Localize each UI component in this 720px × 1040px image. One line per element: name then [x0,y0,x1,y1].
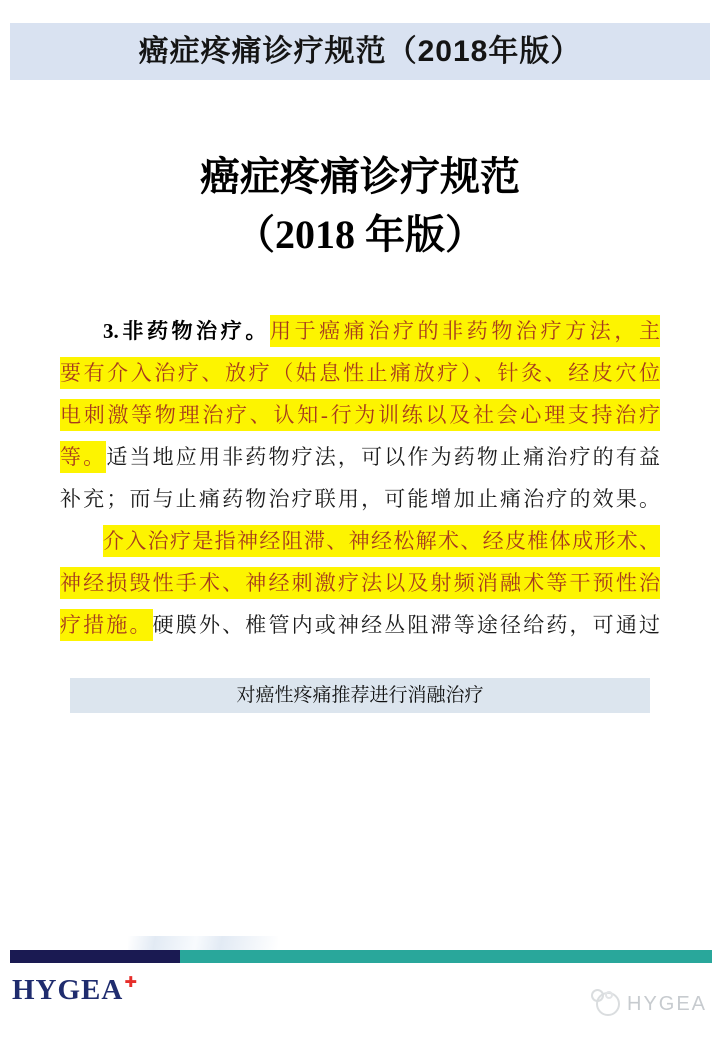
document-title-line1: 癌症疼痛诊疗规范 [0,148,720,206]
body-line: 要有介入治疗、放疗（姑息性止痛放疗）、针灸、经皮穴位 [60,352,660,394]
highlighted-text: 介入治疗是指神经阻滞、神经松解术、经皮椎体成形术、 [103,525,660,557]
body-line: 3.非药物治疗。用于癌痛治疗的非药物治疗方法，主 [60,310,660,352]
document-title: 癌症疼痛诊疗规范 （2018 年版） [0,148,720,264]
hygea-watermark: HYGEA [596,992,707,1016]
document-title-line2: （2018 年版） [0,206,720,264]
body-text-segment: 补充；而与止痛药物治疗联用，可能增加止痛治疗的效果。 [60,487,660,511]
body-line: 电刺激等物理治疗、认知-行为训练以及社会心理支持治疗 [60,394,660,436]
hygea-watermark-text: HYGEA [627,993,707,1016]
hygea-logo-text: HYGEA [12,974,123,1007]
body-line: 神经损毁性手术、神经刺激疗法以及射频消融术等干预性治 [60,562,660,604]
highlighted-text: 电刺激等物理治疗、认知-行为训练以及社会心理支持治疗 [60,399,660,431]
body-line: 等。适当地应用非药物疗法，可以作为药物止痛治疗的有益 [60,436,660,478]
highlighted-text: 要有介入治疗、放疗（姑息性止痛放疗）、针灸、经皮穴位 [60,357,660,389]
footer-bar-teal-segment [180,950,712,963]
footer-divider-bar [10,950,712,963]
body-text: 3.非药物治疗。用于癌痛治疗的非药物治疗方法，主要有介入治疗、放疗（姑息性止痛放… [60,310,660,646]
callout-text: 对癌性疼痛推荐进行消融治疗 [236,685,483,706]
hygea-logo: HYGEA ✚ [12,974,137,1007]
red-cross-icon: ✚ [124,975,137,990]
callout-banner: 对癌性疼痛推荐进行消融治疗 [70,678,650,713]
highlighted-text: 等。 [60,441,106,473]
document-page: 癌症疼痛诊疗规范（2018年版） 癌症疼痛诊疗规范 （2018 年版） 3.非药… [0,0,720,1040]
highlighted-text: 用于癌痛治疗的非药物治疗方法，主 [270,315,660,347]
highlighted-text: 神经损毁性手术、神经刺激疗法以及射频消融术等干预性治 [60,567,660,599]
footer-bar-navy-segment [10,950,180,963]
body-line: 疗措施。硬膜外、椎管内或神经丛阻滞等途径给药，可通过 [60,604,660,646]
highlighted-text: 疗措施。 [60,609,153,641]
body-text-segment: 适当地应用非药物疗法，可以作为药物止痛治疗的有益 [106,445,660,469]
body-line: 补充；而与止痛药物治疗联用，可能增加止痛治疗的效果。 [60,478,660,520]
hygea-watermark-icon [596,992,620,1016]
body-text-segment: 硬膜外、椎管内或神经丛阻滞等途径给药，可通过 [153,613,660,637]
header-bar: 癌症疼痛诊疗规范（2018年版） [10,23,710,80]
footer-ghost-artifact [128,936,278,950]
body-line: 介入治疗是指神经阻滞、神经松解术、经皮椎体成形术、 [60,520,660,562]
body-text-segment: 3.非药物治疗。 [103,319,270,343]
header-title: 癌症疼痛诊疗规范（2018年版） [139,35,582,68]
